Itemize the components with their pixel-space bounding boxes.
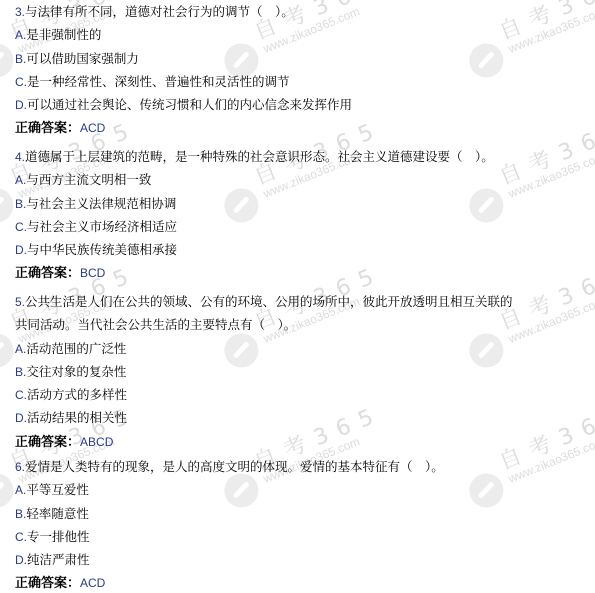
- option-a: A.平等互爱性: [15, 478, 585, 501]
- question-stem: 3.与法律有所不同，道德对社会行为的调节（ ）。: [15, 0, 585, 23]
- option-b: B.可以借助国家强制力: [15, 47, 585, 70]
- option-c: C.活动方式的多样性: [15, 383, 585, 406]
- question-5: 5.公共生活是人们在公共的领域、公有的环境、公用的场所中，彼此开放透明且相互关联…: [15, 290, 585, 453]
- option-b: B.交往对象的复杂性: [15, 360, 585, 383]
- question-stem: 5.公共生活是人们在公共的领域、公有的环境、公用的场所中，彼此开放透明且相互关联…: [15, 290, 585, 313]
- question-stem-continued: 共同活动。当代社会公共生活的主要特点有（ ）。: [15, 313, 585, 336]
- question-stem: 4.道德属于上层建筑的范畴，是一种特殊的社会意识形态。社会主义道德建设要（ ）。: [15, 145, 585, 168]
- option-d: D.活动结果的相关性: [15, 406, 585, 429]
- option-d: D.纯洁严肃性: [15, 548, 585, 571]
- correct-answer: 正确答案：BCD: [15, 261, 585, 284]
- option-b: B.与社会主义法律规范相协调: [15, 192, 585, 215]
- option-a: A.与西方主流文明相一致: [15, 168, 585, 191]
- option-d: D.可以通过社会舆论、传统习惯和人们的内心信念来发挥作用: [15, 93, 585, 116]
- option-a: A.是非强制性的: [15, 23, 585, 46]
- option-b: B.轻率随意性: [15, 502, 585, 525]
- option-c: C.是一种经常性、深刻性、普遍性和灵活性的调节: [15, 70, 585, 93]
- option-a: A.活动范围的广泛性: [15, 337, 585, 360]
- correct-answer: 正确答案：ABCD: [15, 430, 585, 453]
- correct-answer: 正确答案：ACD: [15, 571, 585, 593]
- option-c: C.专一排他性: [15, 525, 585, 548]
- question-stem: 6.爱情是人类特有的现象，是人的高度文明的体现。爱情的基本特征有（ ）。: [15, 455, 585, 478]
- question-6: 6.爱情是人类特有的现象，是人的高度文明的体现。爱情的基本特征有（ ）。 A.平…: [15, 455, 585, 593]
- option-c: C.与社会主义市场经济相适应: [15, 215, 585, 238]
- question-3: 3.与法律有所不同，道德对社会行为的调节（ ）。 A.是非强制性的 B.可以借助…: [15, 0, 585, 140]
- question-4: 4.道德属于上层建筑的范畴，是一种特殊的社会意识形态。社会主义道德建设要（ ）。…: [15, 145, 585, 285]
- option-d: D.与中华民族传统美德相承接: [15, 238, 585, 261]
- correct-answer: 正确答案：ACD: [15, 116, 585, 139]
